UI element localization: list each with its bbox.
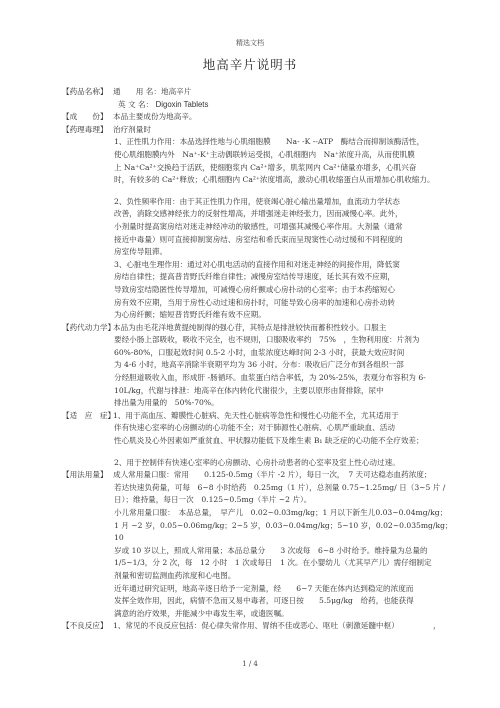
section-pharmacokinetics: 【药代动力学】 本品为由毛花洋地黄提纯制得的强心苷，其特点是排泄较快而蓄积性较小… xyxy=(62,322,462,335)
text-line: 1、用于高血压、瓣膜性心脏病、先天性心脏病等急性和慢性心功能不全，尤其适用于 xyxy=(113,410,462,423)
section-ingredient: 【成 份】 本品主要成份为地高辛。 xyxy=(62,111,462,124)
document-body: 【药品名称】 通 用 名：地高辛片 英 文 名： Digoxin Tablets… xyxy=(62,86,462,633)
text-line: 性心肌炎及心外因素如严重贫血、甲状腺功能低下及维生素 B₁ 缺乏症的心功能不全疗… xyxy=(114,435,462,448)
text-line: 要经小肠上部吸收，吸收不完全，也不规则，口服吸收率约 75% ，生物利用度：片剂… xyxy=(114,334,462,347)
section-label: 【适 应 症】 xyxy=(62,410,113,423)
text-line: 1、正性肌力作用：本品选择性地与心肌细胞膜 Na- -K --ATP 酶结合而抑… xyxy=(114,136,462,149)
text-line: 小儿常用量口服： 本品总量， 早产儿 0.02~0.03mg/kg；1 月以下新… xyxy=(114,507,462,520)
text-line: 10L/kg，代谢与排泄：地高辛在体内转化代谢很少，主要以原形由肾排除，尿中 xyxy=(114,385,462,398)
text-line: 成人常用量口服：常用 0.125-0.5mg（半片 -2 片），每日一次， 7 … xyxy=(113,469,462,482)
section-adverse-reactions: 【不良反应】 1、常见的不良反应包括：促心律失常作用、胃纳不佳或恶心、呕吐（刺激… xyxy=(62,620,462,633)
text-line: 满意的治疗效果，并能减少中毒发生率，或遗医嘱。 xyxy=(114,608,462,621)
ingredient-text: 本品主要成份为地高辛。 xyxy=(113,111,462,124)
text-line: 本品为由毛花洋地黄提纯制得的强心苷，其特点是排泄较快而蓄积性较小。口服主 xyxy=(113,322,462,335)
text-line: 1/5~1/3，分 2 次，每 12 小时 1 次或每日 1 次。在小婴幼儿（尤… xyxy=(114,557,462,570)
text-line: 2、负性频率作用：由于其正性肌力作用，使衰竭心脏心输出量增加，血流动力学状态 xyxy=(114,196,462,209)
text-line: 为 4-6 小时，地高辛消除半衰期平均为 36 小时。分布：吸收后广泛分布到各组… xyxy=(114,359,462,372)
text-line: 改善，消除交感神经张力的反射性增高，并增强迷走神经张力，因而减慢心率。此外， xyxy=(114,208,462,221)
english-name-line: 英 文 名： Digoxin Tablets xyxy=(62,99,462,112)
text-line: 近年通过研究证明，地高辛逐日给予一定剂量，经 6~7 天能在体内达到稳定的浓度而 xyxy=(114,583,462,596)
section-pharmacology: 【药理毒理】 治疗剂量时 xyxy=(62,124,462,137)
section-dosage: 【用法用量】 成人常用量口服：常用 0.125-0.5mg（半片 -2 片），每… xyxy=(62,469,462,482)
text-line: 1 月 ~2 岁，0.05~0.06mg/kg；2~5 岁，0.03~0.04m… xyxy=(114,520,462,545)
section-label: 【不良反应】 xyxy=(62,620,113,633)
section-label: 【成 份】 xyxy=(62,111,113,124)
text-line: 伴有快速心室率的心房颤动的心功能不全；对于肺源性心脏病、心肌严重缺血、活动 xyxy=(114,422,462,435)
document-title: 地高辛片说明书 xyxy=(0,55,500,73)
text-line: 时，有较多的 Ca²⁺释放；心肌细胞内 Ca²⁺浓度增高，激动心肌收缩蛋白从而增… xyxy=(114,174,462,187)
text-line: 日）；维持量，每日一次 0.125~0.5mg（半片 ~2 片）。 xyxy=(114,494,462,507)
text-line: 上 Na⁺Ca²⁺交换趋于活跃，使细胞浆内 Ca²⁺增多，肌浆网内 Ca²⁺储量… xyxy=(114,162,462,175)
text-line: 分经胆道吸收入血，形成肝 -肠循环。血浆蛋白结合率低，为 20%-25%，表观分… xyxy=(114,372,462,385)
text-line: 若达快速负荷量，可每 6~8 小时给药 0.25mg（1 片），总剂量 0.75… xyxy=(114,482,462,495)
text-line: 2、用于控制伴有快速心室率的心房颤动、心房扑动患者的心室率及室上性心动过速。 xyxy=(114,457,462,470)
pharmacokinetics-lines: 要经小肠上部吸收，吸收不完全，也不规则，口服吸收率约 75% ，生物利用度：片剂… xyxy=(62,334,462,410)
text-line: 排出量为用量的 50%-70%。 xyxy=(114,397,462,410)
pharmacology-paragraph-2: 2、负性频率作用：由于其正性肌力作用，使衰竭心脏心输出量增加，血流动力学状态 改… xyxy=(62,196,462,259)
generic-name: 通 用 名：地高辛片 xyxy=(113,86,462,99)
section-label: 【药品名称】 xyxy=(62,86,113,99)
page-number: 1 / 4 xyxy=(0,660,500,668)
text-line: 为心房纤颤；缩短普肯野氏纤维有效不应期。 xyxy=(114,309,462,322)
pharmacology-intro: 治疗剂量时 xyxy=(113,124,462,137)
text-line: 使心肌细胞膜内外 Na⁺-K⁺主动偶联转运受损，心肌细胞内 Na⁺浓度升高，从而… xyxy=(114,149,462,162)
text-line: 房结自律性；提高普肯野氏纤维自律性；减慢房室结传导速度，延长其有效不应期， xyxy=(114,271,462,284)
text-line: 1、常见的不良反应包括：促心律失常作用、胃纳不佳或恶心、呕吐（刺激延髓中枢） ， xyxy=(113,620,462,633)
text-line: 发挥全效作用，因此，病情不急而又易中毒者，可逐日按 5.5μg/kg 给药，也能… xyxy=(114,595,462,608)
text-line: 房有效不应期，当用于房性心动过速和房扑时，可能导致心房率的加速和心房扑动转 xyxy=(114,297,462,310)
text-line: 60%-80%，口服起效时间 0.5-2 小时，血浆浓度达峰时间 2-3 小时，… xyxy=(114,347,462,360)
section-label: 【药理毒理】 xyxy=(62,124,113,137)
text-line: 房室传导阻滞。 xyxy=(114,246,462,259)
indications-lines: 伴有快速心室率的心房颤动的心功能不全；对于肺源性心脏病、心肌严重缺血、活动 性心… xyxy=(62,422,462,469)
section-drug-name: 【药品名称】 通 用 名：地高辛片 xyxy=(62,86,462,99)
pharmacology-paragraph-3: 3、心脏电生理作用：通过对心肌电活动的直接作用和对迷走神经的间接作用，降低窦 房… xyxy=(62,259,462,322)
text-line: 3、心脏电生理作用：通过对心肌电活动的直接作用和对迷走神经的间接作用，降低窦 xyxy=(114,259,462,272)
text-line: 小剂量时提高窦房结对迷走神经冲动的敏感性，可增强其减慢心率作用。大剂量（通常 xyxy=(114,221,462,234)
text-line: 剂量和密切监测血药浓度和心电图。 xyxy=(114,570,462,583)
section-indications: 【适 应 症】 1、用于高血压、瓣膜性心脏病、先天性心脏病等急性和慢性心功能不全… xyxy=(62,410,462,423)
text-line: 岁或 10 岁以上，照成人常用量；本品总量分 3 次或每 6~8 小时给予。维持… xyxy=(114,545,462,558)
text-line: 导致房室结隐匿性传导增加，可减慢心房纤颤或心房扑动的心室率；由于本药缩短心 xyxy=(114,284,462,297)
text-line: 接近中毒量）则可直接抑制窦房结、房室结和希氏束而呈现窦性心动过缓和不同程度的 xyxy=(114,234,462,247)
pharmacology-paragraph-1: 1、正性肌力作用：本品选择性地与心肌细胞膜 Na- -K --ATP 酶结合而抑… xyxy=(62,136,462,186)
english-name: Digoxin Tablets xyxy=(156,100,209,109)
page-header: 精选文档 xyxy=(0,38,500,48)
section-label: 【药代动力学】 xyxy=(62,322,113,335)
english-name-label: 英 文 名： xyxy=(118,100,153,109)
section-label: 【用法用量】 xyxy=(62,469,113,482)
dosage-lines: 若达快速负荷量，可每 6~8 小时给药 0.25mg（1 片），总剂量 0.75… xyxy=(62,482,462,621)
